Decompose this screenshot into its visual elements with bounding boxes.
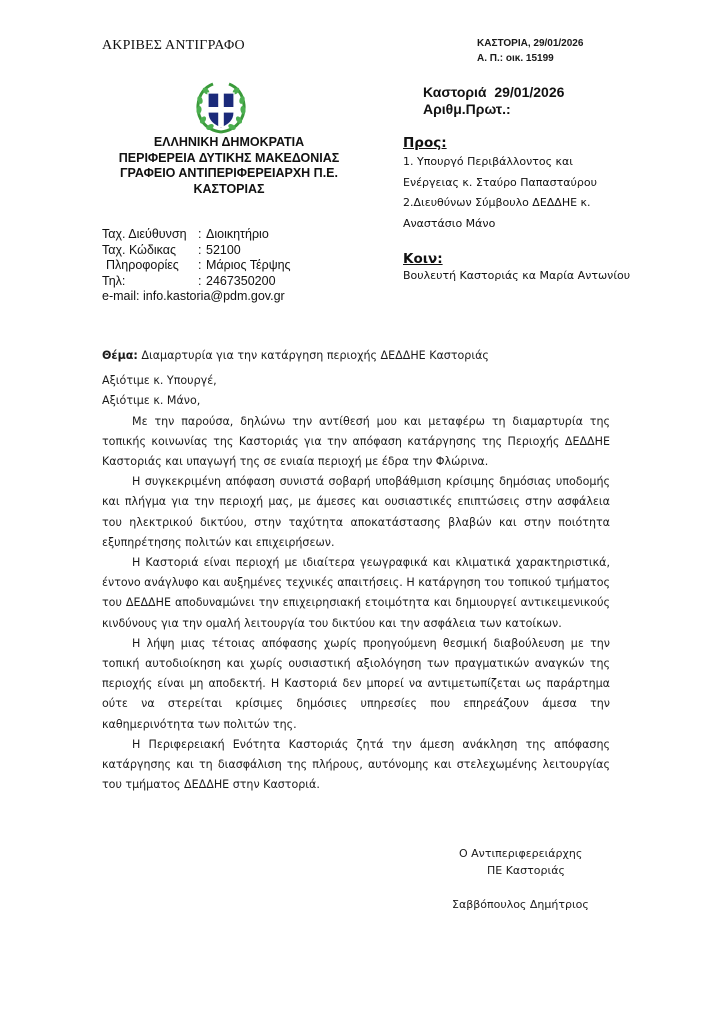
contact-value: Μάριος Τέρψης [206, 258, 291, 274]
cc-recipient: Βουλευτή Καστοριάς κα Μαρία Αντωνίου [403, 268, 639, 284]
contact-row-info: Πληροφορίες : Μάριος Τέρψης [102, 258, 291, 274]
header-line-office: ΓΡΑΦΕΙΟ ΑΝΤΙΠΕΡΙΦΕΡΕΙΑΡΧΗ Π.Ε. [100, 166, 358, 182]
header-line-republic: ΕΛΛΗΝΙΚΗ ΔΗΜΟΚΡΑΤΙΑ [100, 135, 358, 151]
contact-info: Ταχ. Διεύθυνση : Διοικητήριο Ταχ. Κώδικα… [102, 227, 291, 305]
salutation: Αξιότιμε κ. Μάνο, [102, 391, 610, 411]
contact-value: 2467350200 [206, 274, 276, 290]
exact-copy-stamp: ΑΚΡΙΒΕΣ ΑΝΤΙΓΡΑΦΟ [102, 38, 245, 54]
recipient-line: Αναστάσιο Μάνο [403, 214, 639, 235]
signature-block: Ο Αντιπεριφερειάρχης ΠΕ Καστοριάς Σαββόπ… [450, 845, 620, 913]
to-heading: Προς: [403, 134, 639, 152]
date-block: Καστοριά 29/01/2026 Αριθμ.Πρωτ.: [423, 84, 564, 118]
protocol-number-label: Αριθμ.Πρωτ.: [423, 101, 564, 118]
body-paragraph: Η λήψη μιας τέτοιας απόφασης χωρίς προηγ… [102, 634, 610, 735]
cc-heading: Κοιν: [403, 250, 639, 268]
contact-row-postcode: Ταχ. Κώδικας : 52100 [102, 243, 291, 259]
subject-line: Θέμα: Διαμαρτυρία για την κατάργηση περι… [102, 346, 610, 366]
contact-row-email: e-mail: info.kastoria@pdm.gov.gr [102, 289, 291, 305]
recipient-line: 1. Υπουργό Περιβάλλοντος και [403, 152, 639, 173]
body-paragraph: Η Καστοριά είναι περιοχή με ιδιαίτερα γε… [102, 553, 610, 634]
email-label: e-mail: [102, 289, 140, 305]
subject-text: Διαμαρτυρία για την κατάργηση περιοχής Δ… [141, 349, 489, 362]
header-line-unit: ΚΑΣΤΟΡΙΑΣ [100, 182, 358, 198]
salutation: Αξιότιμε κ. Υπουργέ, [102, 371, 610, 391]
contact-label: Ταχ. Διεύθυνση [102, 227, 198, 243]
signatory-title: Ο Αντιπεριφερειάρχης [450, 845, 620, 862]
registry-stamp-date: ΚΑΣΤΟΡΙΑ, 29/01/2026 [477, 36, 583, 51]
recipients-block: Προς: 1. Υπουργό Περιβάλλοντος και Ενέργ… [403, 134, 639, 284]
organization-header: ΕΛΛΗΝΙΚΗ ΔΗΜΟΚΡΑΤΙΑ ΠΕΡΙΦΕΡΕΙΑ ΔΥΤΙΚΗΣ Μ… [100, 135, 358, 197]
letter-body: Θέμα: Διαμαρτυρία για την κατάργηση περι… [102, 346, 610, 795]
greek-coat-of-arms-icon [193, 80, 249, 136]
contact-label: Τηλ: [102, 274, 198, 290]
registry-stamp: ΚΑΣΤΟΡΙΑ, 29/01/2026 Α. Π.: οικ. 15199 [477, 36, 583, 66]
recipient-line: 2.Διευθύνων Σύμβουλο ΔΕΔΔΗΕ κ. [403, 193, 639, 214]
body-paragraph: Η συγκεκριμένη απόφαση συνιστά σοβαρή υπ… [102, 472, 610, 553]
contact-row-address: Ταχ. Διεύθυνση : Διοικητήριο [102, 227, 291, 243]
subject-label: Θέμα: [102, 349, 138, 362]
contact-label: Πληροφορίες [102, 258, 198, 274]
signatory-name: Σαββόπουλος Δημήτριος [450, 896, 620, 913]
contact-value: 52100 [206, 243, 241, 259]
body-paragraph: Η Περιφερειακή Ενότητα Καστοριάς ζητά τη… [102, 735, 610, 796]
recipient-line: Ενέργειας κ. Σταύρο Παπασταύρου [403, 173, 639, 194]
header-line-region: ΠΕΡΙΦΕΡΕΙΑ ΔΥΤΙΚΗΣ ΜΑΚΕΔΟΝΙΑΣ [100, 151, 358, 167]
contact-row-phone: Τηλ: : 2467350200 [102, 274, 291, 290]
signatory-unit: ΠΕ Καστοριάς [450, 862, 620, 879]
contact-value: Διοικητήριο [206, 227, 269, 243]
document-date: Καστοριά 29/01/2026 [423, 84, 564, 101]
contact-label: Ταχ. Κώδικας [102, 243, 198, 259]
email-link[interactable]: info.kastoria@pdm.gov.gr [143, 289, 285, 305]
body-paragraph: Με την παρούσα, δηλώνω την αντίθεσή μου … [102, 412, 610, 473]
registry-stamp-number: Α. Π.: οικ. 15199 [477, 51, 583, 66]
